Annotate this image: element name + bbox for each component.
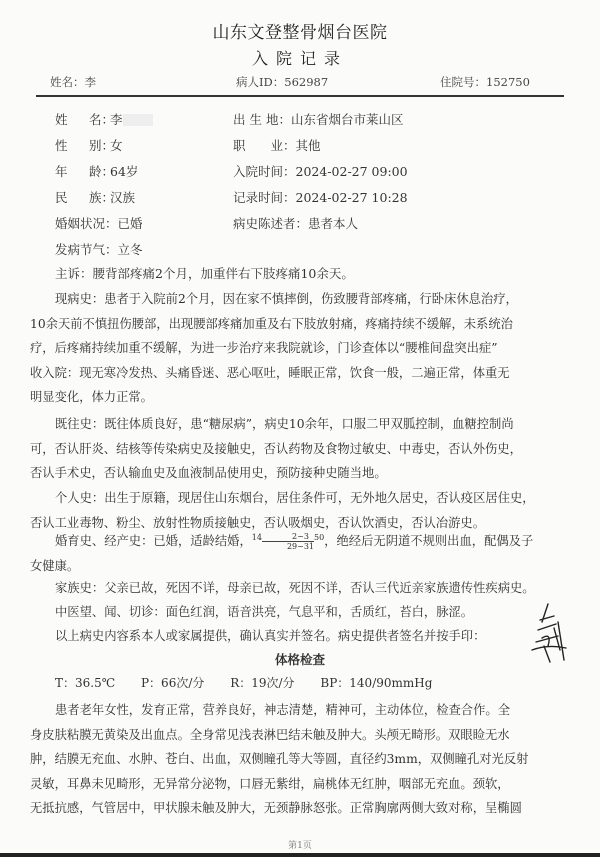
label-char: 性 [55,136,89,154]
info-ethnicity-value: 汉族 [110,190,135,205]
period-days: 2~3 [262,532,314,542]
physical-exam-line: 无抵抗感，气管居中，甲状腺未触及肿大，无颈静脉怒张。正常胸廓两侧大致对称，呈椭圆 [30,796,570,821]
vital-respiration: R：19次/分 [230,676,294,690]
tcm-exam-text: 中医望、闻、切诊：面色红润，语音洪亮，气息平和，舌质红，苔白，脉涩。 [30,600,570,625]
info-ethnicity: 民族：汉族 [55,188,135,206]
info-birthplace-value: 山东省烟台市莱山区 [291,112,404,127]
menarche-age: 14 [252,533,262,542]
info-narrator-label: 病史陈述者： [233,216,308,231]
info-marital-value: 已婚 [118,216,143,231]
header-admission-number: 住院号：152750 [440,74,530,90]
info-marital-status: 婚姻状况：已婚 [55,214,143,232]
info-gender-value: 女 [110,138,123,153]
header-name-label: 姓名： [50,75,85,89]
marital-menstrual-line: 婚育史、经产史：已婚，适龄结婚，142~329~3150，绝经后无阴道不规则出血… [30,526,570,554]
present-illness-line: 收入院：现无寒冷发热、头痛昏迷、恶心呕吐，睡眠正常，饮食一般，二遍正常，体重无 [30,361,570,386]
attestation-section: 以上病史内容系本人或家属提供，确认真实并签名。病史提供者签名并按手印： [30,624,570,649]
label-char: 姓 [55,110,89,128]
physical-exam-line: 患者老年女性，发育正常，营养良好，神志清楚，精神可，主动体位，检查合作。全 [30,698,570,723]
past-history-section: 既往史：既往体质良好，患“糖尿病”，病史10余年，口服二甲双胍控制，血糖控制尚 … [30,412,570,486]
marital-suffix: ，绝经后无阴道不规则出血，配偶及子 [324,534,533,548]
physical-exam-section: 患者老年女性，发育正常，营养良好，神志清楚，精神可，主动体位，检查合作。全 身皮… [30,698,570,821]
info-onset-solar-term: 发病节气：立冬 [55,240,143,258]
admission-record-page: 山东文登整骨烟台医院 入院记录 姓名：李 病人ID：562987 住院号：152… [0,0,600,857]
physical-exam-line: 身皮肤粘膜无黄染及出血点。全身常见浅表淋巴结未触及肿大。头颅无畸形。双眼睑无水 [30,723,570,748]
header-patient-name: 姓名：李 [50,74,96,90]
vital-blood-pressure: BP：140/90mmHg [320,676,432,690]
marital-menstrual-line: 女健康。 [30,554,570,579]
present-illness-section: 现病史：患者于入院前2个月，因在家不慎摔倒，伤致腰背部疼痛，行卧床休息治疗， 1… [30,287,570,410]
info-occupation-value: 其他 [296,138,321,153]
info-record-time-value: 2024-02-27 10:28 [296,190,408,205]
physical-exam-line: 灵敏，耳鼻未见畸形，无异常分泌物，口唇无紫绀，扁桃体无红肿，咽部无充血。颈软， [30,772,570,797]
family-history-text: 家族史：父亲已故，死因不详，母亲已故，死因不详，否认三代近亲家族遗传性疾病史。 [30,576,570,601]
vital-signs: T：36.5℃ P：66次/分 R：19次/分 BP：140/90mmHg [55,674,454,691]
physical-exam-title: 体格检查 [0,650,600,668]
menopause-age: 50 [314,533,324,542]
record-title: 入院记录 [0,46,600,69]
header-id-value: 562987 [284,75,328,89]
header-patient-id: 病人ID：562987 [236,74,328,90]
info-history-narrator: 病史陈述者：患者本人 [233,214,358,232]
label-char: 民 [55,188,89,206]
info-name: 姓名：李 [55,110,153,128]
label-char: 年 [55,162,89,180]
info-record-time-label: 记录时间： [233,190,296,205]
header-id-label: 病人ID： [236,75,284,89]
attestation-text: 以上病史内容系本人或家属提供，确认真实并签名。病史提供者签名并按手印： [30,624,570,649]
info-gender: 性别：女 [55,136,123,154]
header-admission-label: 住院号： [440,75,486,89]
info-admission-time-value: 2024-02-27 09:00 [296,164,408,179]
info-admission-time: 入院时间：2024-02-27 09:00 [233,162,408,180]
bottom-edge [0,853,600,857]
info-birthplace: 出 生 地：山东省烟台市莱山区 [233,110,403,128]
header-admission-value: 152750 [486,75,530,89]
past-history-line: 否认手术史，否认输血史及血液制品使用史，预防接种史随当地。 [30,461,570,486]
cycle-days: 29~31 [262,542,314,551]
header-name-value: 李 [85,75,97,89]
info-birthplace-label: 出 生 地： [233,112,291,127]
menstrual-formula: 2~329~31 [262,532,314,551]
info-admission-time-label: 入院时间： [233,164,296,179]
chief-complaint: 主诉：腰背部疼痛2个月，加重伴右下肢疼痛10余天。 [55,264,354,282]
vital-pulse: P：66次/分 [141,676,204,690]
physical-exam-line: 肿，结膜无充血、水肿、苍白、出血，双侧瞳孔等大等圆，直径约3mm，双侧瞳孔对光反… [30,747,570,772]
present-illness-line: 疗，后疼痛持续加重不缓解，为进一步治疗来我院就诊，门诊查体以“腰椎间盘突出症” [30,336,570,361]
vital-temperature: T：36.5℃ [55,676,115,690]
tcm-exam-section: 中医望、闻、切诊：面色红润，语音洪亮，气息平和，舌质红，苔白，脉涩。 [30,600,570,625]
chief-complaint-label: 主诉： [55,266,93,281]
info-occupation-label: 职 业： [233,138,296,153]
redacted-area [123,114,153,126]
past-history-line: 既往史：既往体质良好，患“糖尿病”，病史10余年，口服二甲双胍控制，血糖控制尚 [30,412,570,437]
page-number: 第1页 [0,838,600,851]
info-record-time: 记录时间：2024-02-27 10:28 [233,188,408,206]
present-illness-line: 10余天前不慎扭伤腰部，出现腰部疼痛加重及右下肢放射痛，疼痛持续不缓解，未系统治 [30,312,570,337]
hospital-name: 山东文登整骨烟台医院 [0,18,600,43]
info-marital-label: 婚姻状况： [55,216,118,231]
info-narrator-value: 患者本人 [308,216,358,231]
marital-menstrual-section: 婚育史、经产史：已婚，适龄结婚，142~329~3150，绝经后无阴道不规则出血… [30,526,570,578]
info-age: 年龄：64岁 [55,162,138,180]
present-illness-line: 现病史：患者于入院前2个月，因在家不慎摔倒，伤致腰背部疼痛，行卧床休息治疗， [30,287,570,312]
header-divider [36,95,564,97]
marital-prefix: 婚育史、经产史：已婚，适龄结婚， [55,534,252,548]
past-history-line: 可，否认肝炎、结核等传染病史及接触史，否认药物及食物过敏史、中毒史，否认外伤史， [30,437,570,462]
info-name-value: 李 [110,112,123,127]
info-age-value: 64岁 [110,164,138,179]
info-onset-value: 立冬 [118,242,143,257]
chief-complaint-text: 腰背部疼痛2个月，加重伴右下肢疼痛10余天。 [93,266,354,281]
personal-history-line: 个人史：出生于原籍，现居住山东烟台，居住条件可，无外地久居史，否认疫区居住史， [30,486,570,511]
present-illness-line: 明显变化，体力正常。 [30,385,570,410]
info-onset-label: 发病节气： [55,242,118,257]
family-history-section: 家族史：父亲已故，死因不详，母亲已故，死因不详，否认三代近亲家族遗传性疾病史。 [30,576,570,601]
info-occupation: 职 业：其他 [233,136,321,154]
